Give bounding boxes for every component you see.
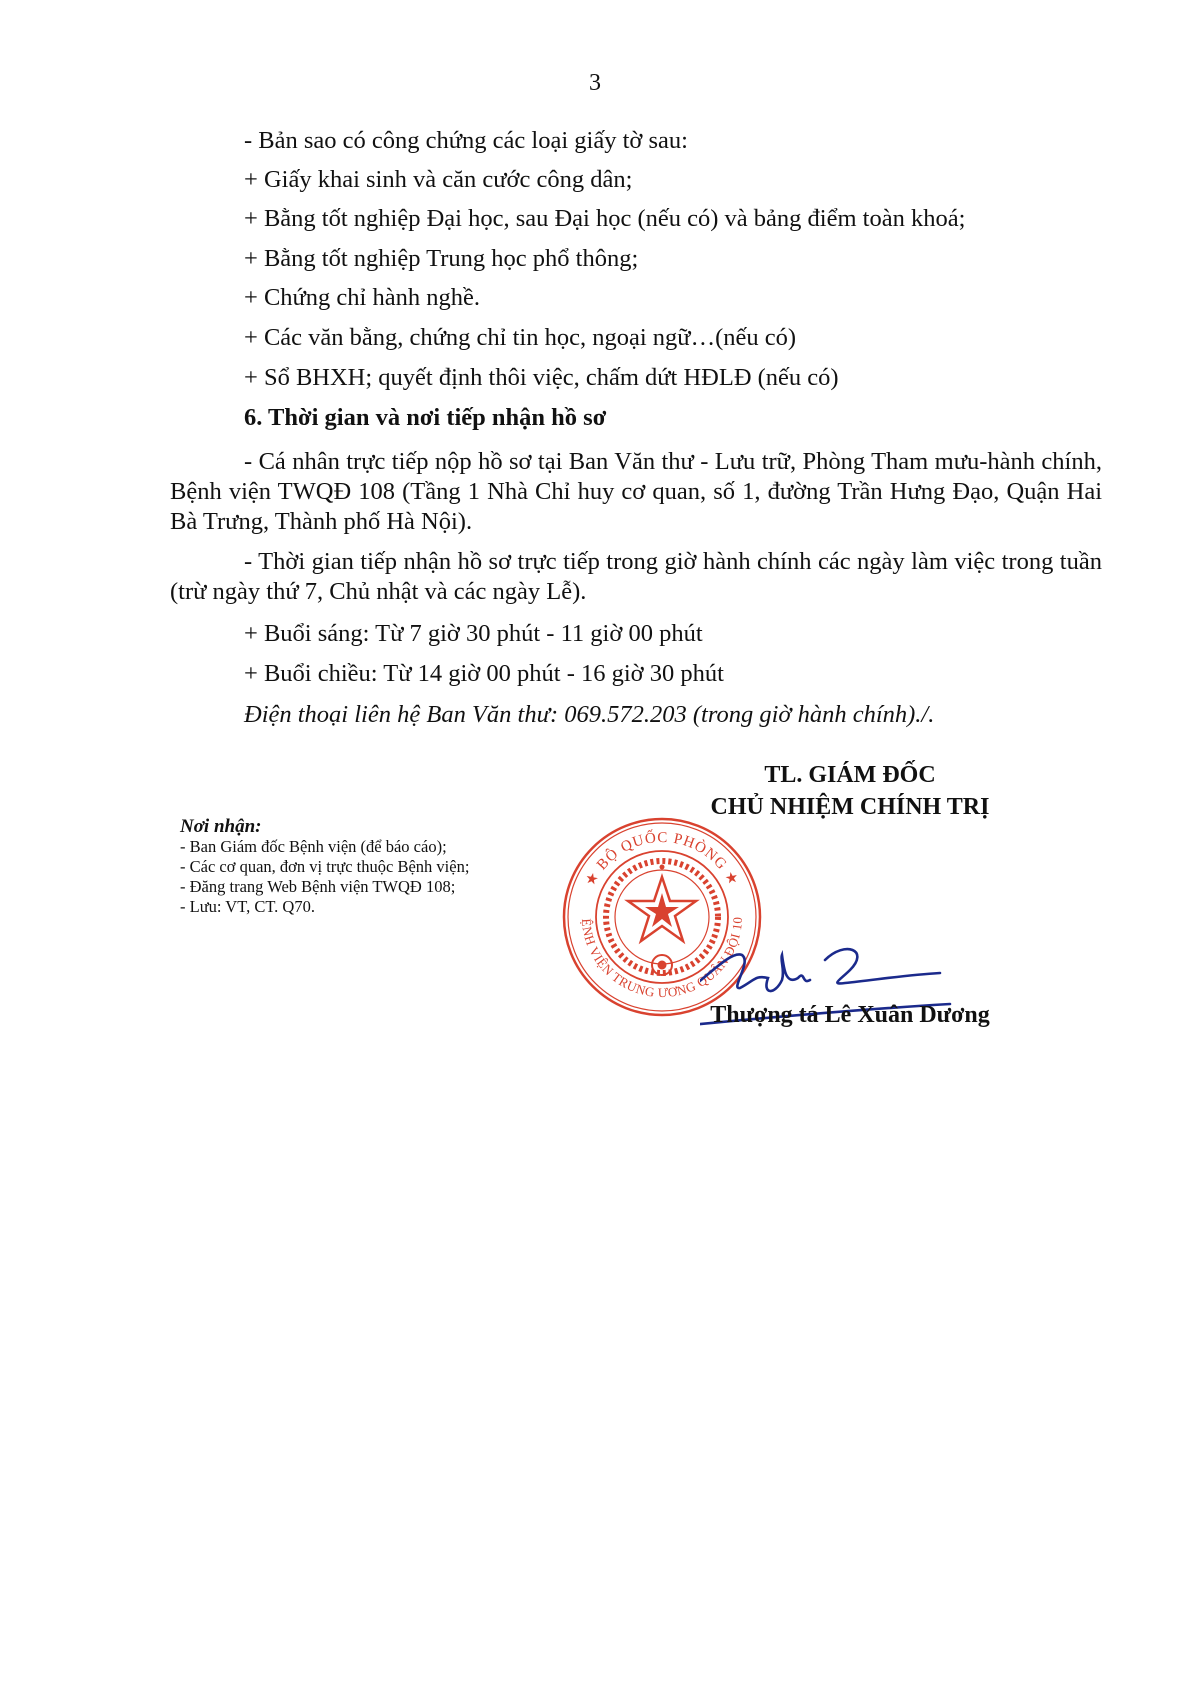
recipients-block: Nơi nhận: - Ban Giám đốc Bệnh viện (để b… [180, 817, 469, 917]
list-item: + Sổ BHXH; quyết định thôi việc, chấm dứ… [244, 363, 839, 393]
recipient-item: - Ban Giám đốc Bệnh viện (để báo cáo); [180, 837, 469, 857]
submission-location-paragraph: - Cá nhân trực tiếp nộp hồ sơ tại Ban Vă… [170, 447, 1102, 537]
page-number: 3 [0, 70, 1190, 97]
list-item: + Bằng tốt nghiệp Trung học phổ thông; [244, 244, 638, 274]
morning-hours: + Buổi sáng: Từ 7 giờ 30 phút - 11 giờ 0… [244, 619, 703, 649]
signer-name: Thượng tá Lê Xuân Dương [650, 1002, 1050, 1029]
submission-time-paragraph: - Thời gian tiếp nhận hồ sơ trực tiếp tr… [170, 547, 1102, 607]
list-item: + Giấy khai sinh và căn cước công dân; [244, 165, 632, 195]
list-item: + Chứng chỉ hành nghề. [244, 283, 480, 313]
contact-phone: Điện thoại liên hệ Ban Văn thư: 069.572.… [244, 700, 934, 730]
recipient-item: - Lưu: VT, CT. Q70. [180, 897, 469, 917]
section-heading: 6. Thời gian và nơi tiếp nhận hồ sơ [244, 403, 606, 433]
recipient-item: - Đăng trang Web Bệnh viện TWQĐ 108; [180, 877, 469, 897]
signature-title-1: TL. GIÁM ĐỐC [650, 762, 1050, 789]
recipients-title: Nơi nhận: [180, 817, 469, 837]
list-item: + Bằng tốt nghiệp Đại học, sau Đại học (… [244, 204, 965, 234]
list-item: + Các văn bằng, chứng chỉ tin học, ngoại… [244, 323, 796, 353]
recipient-item: - Các cơ quan, đơn vị trực thuộc Bệnh vi… [180, 857, 469, 877]
copies-intro: - Bản sao có công chứng các loại giấy tờ… [244, 126, 688, 156]
afternoon-hours: + Buổi chiều: Từ 14 giờ 00 phút - 16 giờ… [244, 659, 724, 689]
